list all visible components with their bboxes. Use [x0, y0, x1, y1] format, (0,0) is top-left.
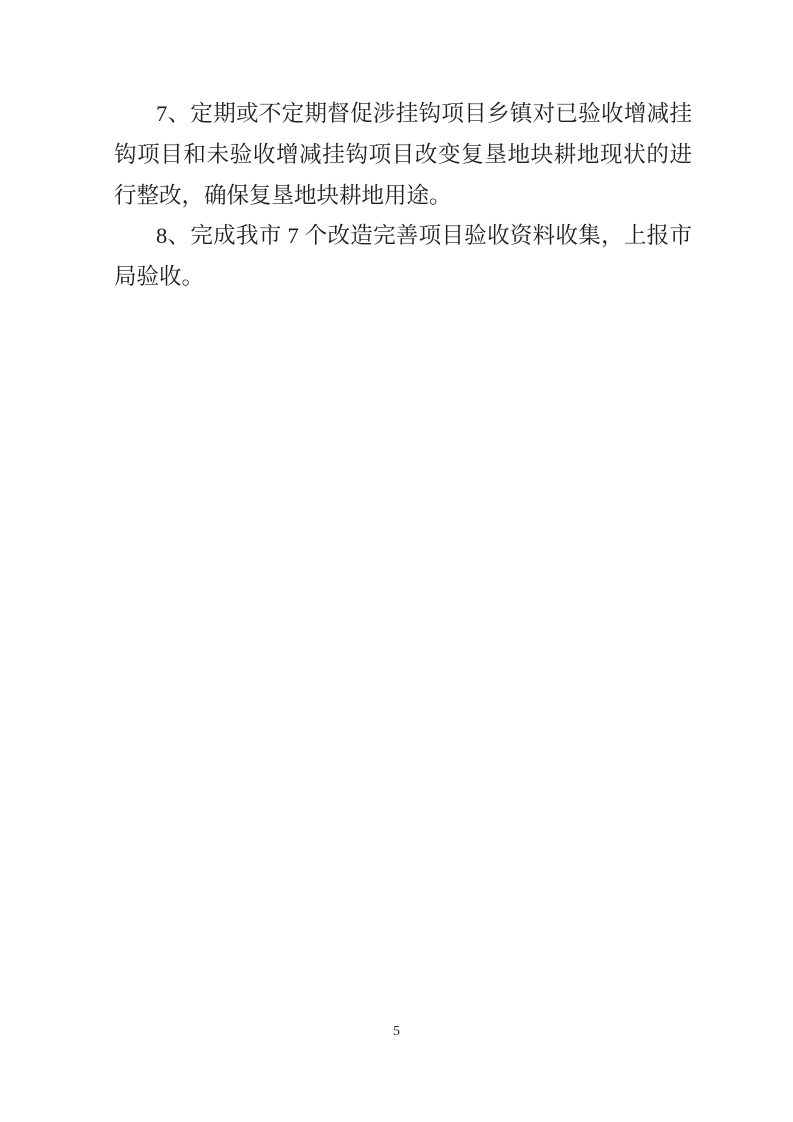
text-line: 局验收。: [114, 257, 692, 298]
paragraph-item-7: 7、定期或不定期督促涉挂钩项目乡镇对已验收增减挂钩项目和未验收增减挂钩项目改变复…: [114, 94, 692, 216]
text-line: 行整改，确保复垦地块耕地用途。: [114, 176, 692, 217]
paragraph-item-8: 8、完成我市 7 个改造完善项目验收资料收集，上报市局验收。: [114, 216, 692, 298]
text-line: 钩项目和未验收增减挂钩项目改变复垦地块耕地现状的进: [114, 135, 692, 176]
document-page: 7、定期或不定期督促涉挂钩项目乡镇对已验收增减挂钩项目和未验收增减挂钩项目改变复…: [0, 0, 793, 1122]
page-footer: 5: [0, 1022, 793, 1041]
text-line: 7、定期或不定期督促涉挂钩项目乡镇对已验收增减挂: [114, 94, 692, 135]
text-line: 8、完成我市 7 个改造完善项目验收资料收集，上报市: [114, 216, 692, 257]
page-body: 7、定期或不定期督促涉挂钩项目乡镇对已验收增减挂钩项目和未验收增减挂钩项目改变复…: [114, 94, 692, 298]
page-number: 5: [393, 1024, 400, 1039]
